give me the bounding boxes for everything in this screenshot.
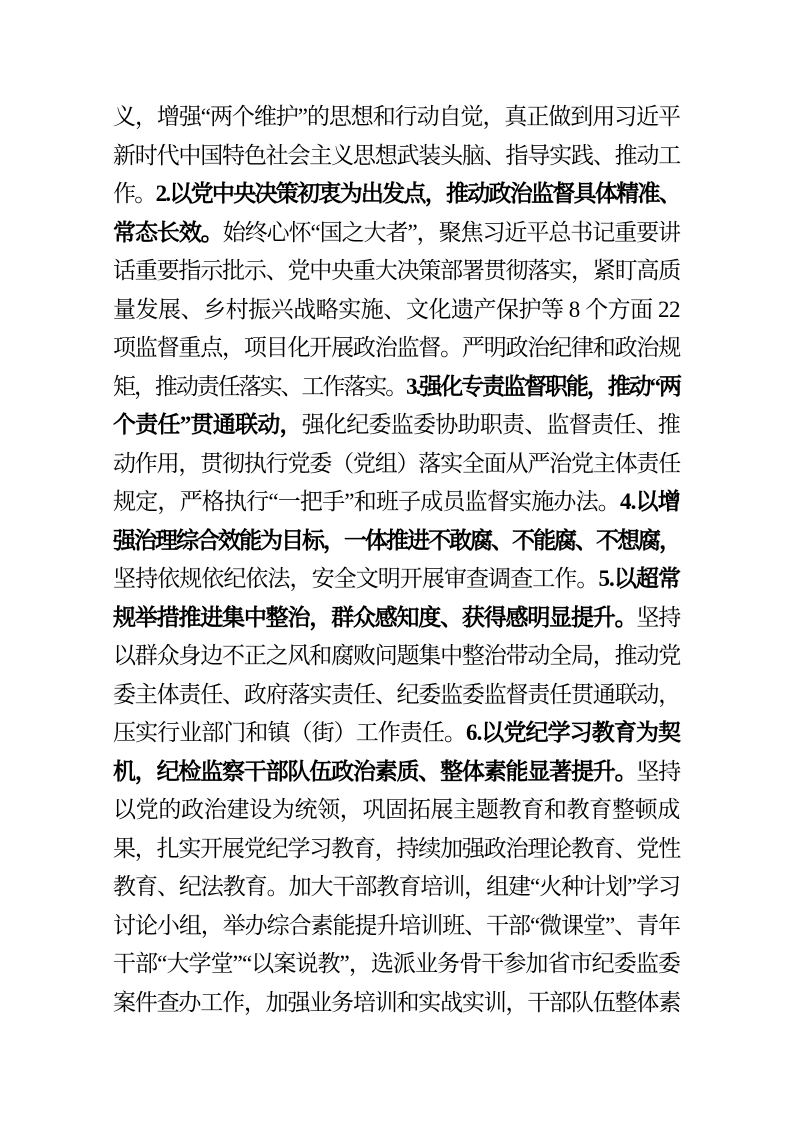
text-line: 个责任”贯通联动，强化纪委监委协助职责、监督责任、推 [113,406,680,445]
text-run: 以党的政治建设为统领，巩固拓展主题教育和教育整顿成 [113,797,680,822]
text-run: 矩，推动责任落实、工作落实。 [113,374,406,399]
text-run: 规定，严格执行“一把手”和班子成员监督实施办法。 [113,489,620,514]
text-line: 压实行业部门和镇（街）工作责任。6.以党纪学习教育为契 [113,714,680,753]
bold-heading-run: 强治理综合效能为目标，一体推进不敢腐、不能腐、不想腐， [113,528,680,553]
text-run: 话重要指示批示、党中央重大决策部署贯彻落实，紧盯高质 [113,258,680,283]
text-line: 教育、纪法教育。加大干部教育培训，组建“火种计划”学习 [113,868,680,907]
text-line: 项监督重点，项目化开展政治监督。严明政治纪律和政治规 [113,329,680,368]
text-line: 机，纪检监察干部队伍政治素质、整体素能显著提升。坚持 [113,753,680,792]
text-run: 委主体责任、政府落实责任、纪委监委监督责任贯通联动， [113,682,680,707]
bold-heading-run: 6.以党纪学习教育为契 [466,720,680,745]
text-line: 强治理综合效能为目标，一体推进不敢腐、不能腐、不想腐， [113,522,680,561]
text-line: 话重要指示批示、党中央重大决策部署贯彻落实，紧盯高质 [113,252,680,291]
text-line: 讨论小组，举办综合素能提升培训班、干部“微课堂”、青年 [113,907,680,946]
text-run: 坚持依规依纪依法，安全文明开展审查调查工作。 [113,566,598,591]
text-run: 新时代中国特色社会主义思想武装头脑、指导实践、推动工 [113,143,680,168]
bold-heading-run: 2.以党中央决策初衷为出发点，推动政治监督具体精准、 [156,181,680,206]
bold-heading-run: 个责任”贯通联动， [113,412,302,437]
bold-heading-run: 3.强化专责监督职能，推动“两 [406,374,680,399]
bold-heading-run: 规举措推进集中整治，群众感知度、获得感明显提升。 [113,605,636,630]
bold-heading-run: 4.以增 [620,489,680,514]
text-line: 义，增强“两个维护”的思想和行动自觉，真正做到用习近平 [113,98,680,137]
text-run: 量发展、乡村振兴战略实施、文化遗产保护等 8 个方面 22 [113,297,680,322]
text-run: 坚持 [636,605,680,630]
document-page: 义，增强“两个维护”的思想和行动自觉，真正做到用习近平新时代中国特色社会主义思想… [0,0,793,1122]
text-run: 始终心怀“国之大者”，聚焦习近平总书记重要讲 [223,220,680,245]
text-line: 果，扎实开展党纪学习教育，持续加强政治理论教育、党性 [113,830,680,869]
text-line: 以党的政治建设为统领，巩固拓展主题教育和教育整顿成 [113,791,680,830]
text-line: 作。2.以党中央决策初衷为出发点，推动政治监督具体精准、 [113,175,680,214]
text-line: 以群众身边不正之风和腐败问题集中整治带动全局，推动党 [113,637,680,676]
text-line: 委主体责任、政府落实责任、纪委监委监督责任贯通联动， [113,676,680,715]
bold-heading-run: 5.以超常 [598,566,680,591]
text-line: 规定，严格执行“一把手”和班子成员监督实施办法。4.以增 [113,483,680,522]
document-text-block: 义，增强“两个维护”的思想和行动自觉，真正做到用习近平新时代中国特色社会主义思想… [113,98,680,1022]
text-run: 案件查办工作，加强业务培训和实战实训，干部队伍整体素 [113,990,680,1015]
text-run: 作。 [113,181,156,206]
text-line: 量发展、乡村振兴战略实施、文化遗产保护等 8 个方面 22 [113,291,680,330]
text-run: 以群众身边不正之风和腐败问题集中整治带动全局，推动党 [113,643,680,668]
text-line: 规举措推进集中整治，群众感知度、获得感明显提升。坚持 [113,599,680,638]
bold-heading-run: 机，纪检监察干部队伍政治素质、整体素能显著提升。 [113,759,636,784]
text-line: 矩，推动责任落实、工作落实。3.强化专责监督职能，推动“两 [113,368,680,407]
text-run: 干部“大学堂”“以案说教”，选派业务骨干参加省市纪委监委 [113,951,680,976]
text-run: 教育、纪法教育。加大干部教育培训，组建“火种计划”学习 [113,874,680,899]
text-line: 新时代中国特色社会主义思想武装头脑、指导实践、推动工 [113,137,680,176]
text-line: 动作用，贯彻执行党委（党组）落实全面从严治党主体责任 [113,445,680,484]
text-line: 常态长效。始终心怀“国之大者”，聚焦习近平总书记重要讲 [113,214,680,253]
text-line: 案件查办工作，加强业务培训和实战实训，干部队伍整体素 [113,984,680,1023]
text-run: 动作用，贯彻执行党委（党组）落实全面从严治党主体责任 [113,451,680,476]
text-run: 讨论小组，举办综合素能提升培训班、干部“微课堂”、青年 [113,913,680,938]
text-line: 坚持依规依纪依法，安全文明开展审查调查工作。5.以超常 [113,560,680,599]
text-run: 强化纪委监委协助职责、监督责任、推 [302,412,680,437]
text-line: 干部“大学堂”“以案说教”，选派业务骨干参加省市纪委监委 [113,945,680,984]
text-run: 坚持 [636,759,680,784]
text-run: 项监督重点，项目化开展政治监督。严明政治纪律和政治规 [113,335,680,360]
bold-heading-run: 常态长效。 [113,220,223,245]
text-run: 义，增强“两个维护”的思想和行动自觉，真正做到用习近平 [113,104,680,129]
text-run: 果，扎实开展党纪学习教育，持续加强政治理论教育、党性 [113,836,680,861]
text-run: 压实行业部门和镇（街）工作责任。 [113,720,466,745]
